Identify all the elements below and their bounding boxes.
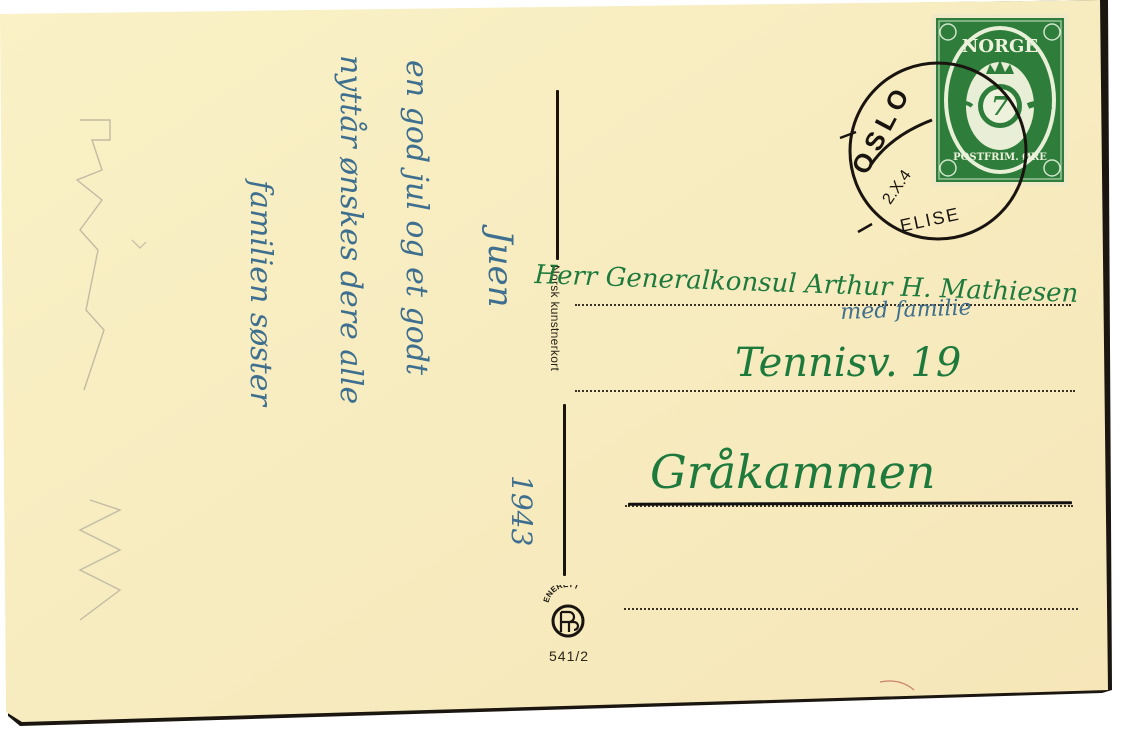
pf-monogram-icon: ENERETT: [540, 585, 596, 643]
address-with-family: med familie: [840, 295, 972, 325]
address-line-4: [624, 608, 1078, 610]
postmark-cancellation: OSLO ELISE 2.X.4: [820, 48, 1040, 258]
message-line-2: nyttår ønskes dere alle: [333, 55, 368, 404]
center-divider-top: [556, 90, 559, 260]
svg-text:ENERETT: ENERETT: [542, 585, 581, 604]
svg-text:ELISE: ELISE: [898, 204, 962, 236]
svg-text:2.X.4: 2.X.4: [880, 167, 915, 207]
card-number: 541/2: [549, 648, 589, 664]
center-divider-bottom: [563, 404, 566, 576]
pencil-scribble: [50, 110, 150, 650]
postcard: Norsk kunstnerkort NORGE 7 POSTFRIM. ØRE…: [0, 0, 1123, 739]
address-line-2: [575, 390, 1075, 392]
message-year: 1943: [505, 475, 538, 546]
message-line-1: en god jul og et godt: [399, 60, 434, 375]
message-line-3: familien søster: [243, 180, 278, 406]
address-city: Gråkammen: [650, 445, 936, 499]
message-greeting: Juen: [480, 230, 520, 308]
svg-text:OSLO: OSLO: [845, 79, 917, 179]
address-street: Tennisv. 19: [735, 340, 961, 386]
